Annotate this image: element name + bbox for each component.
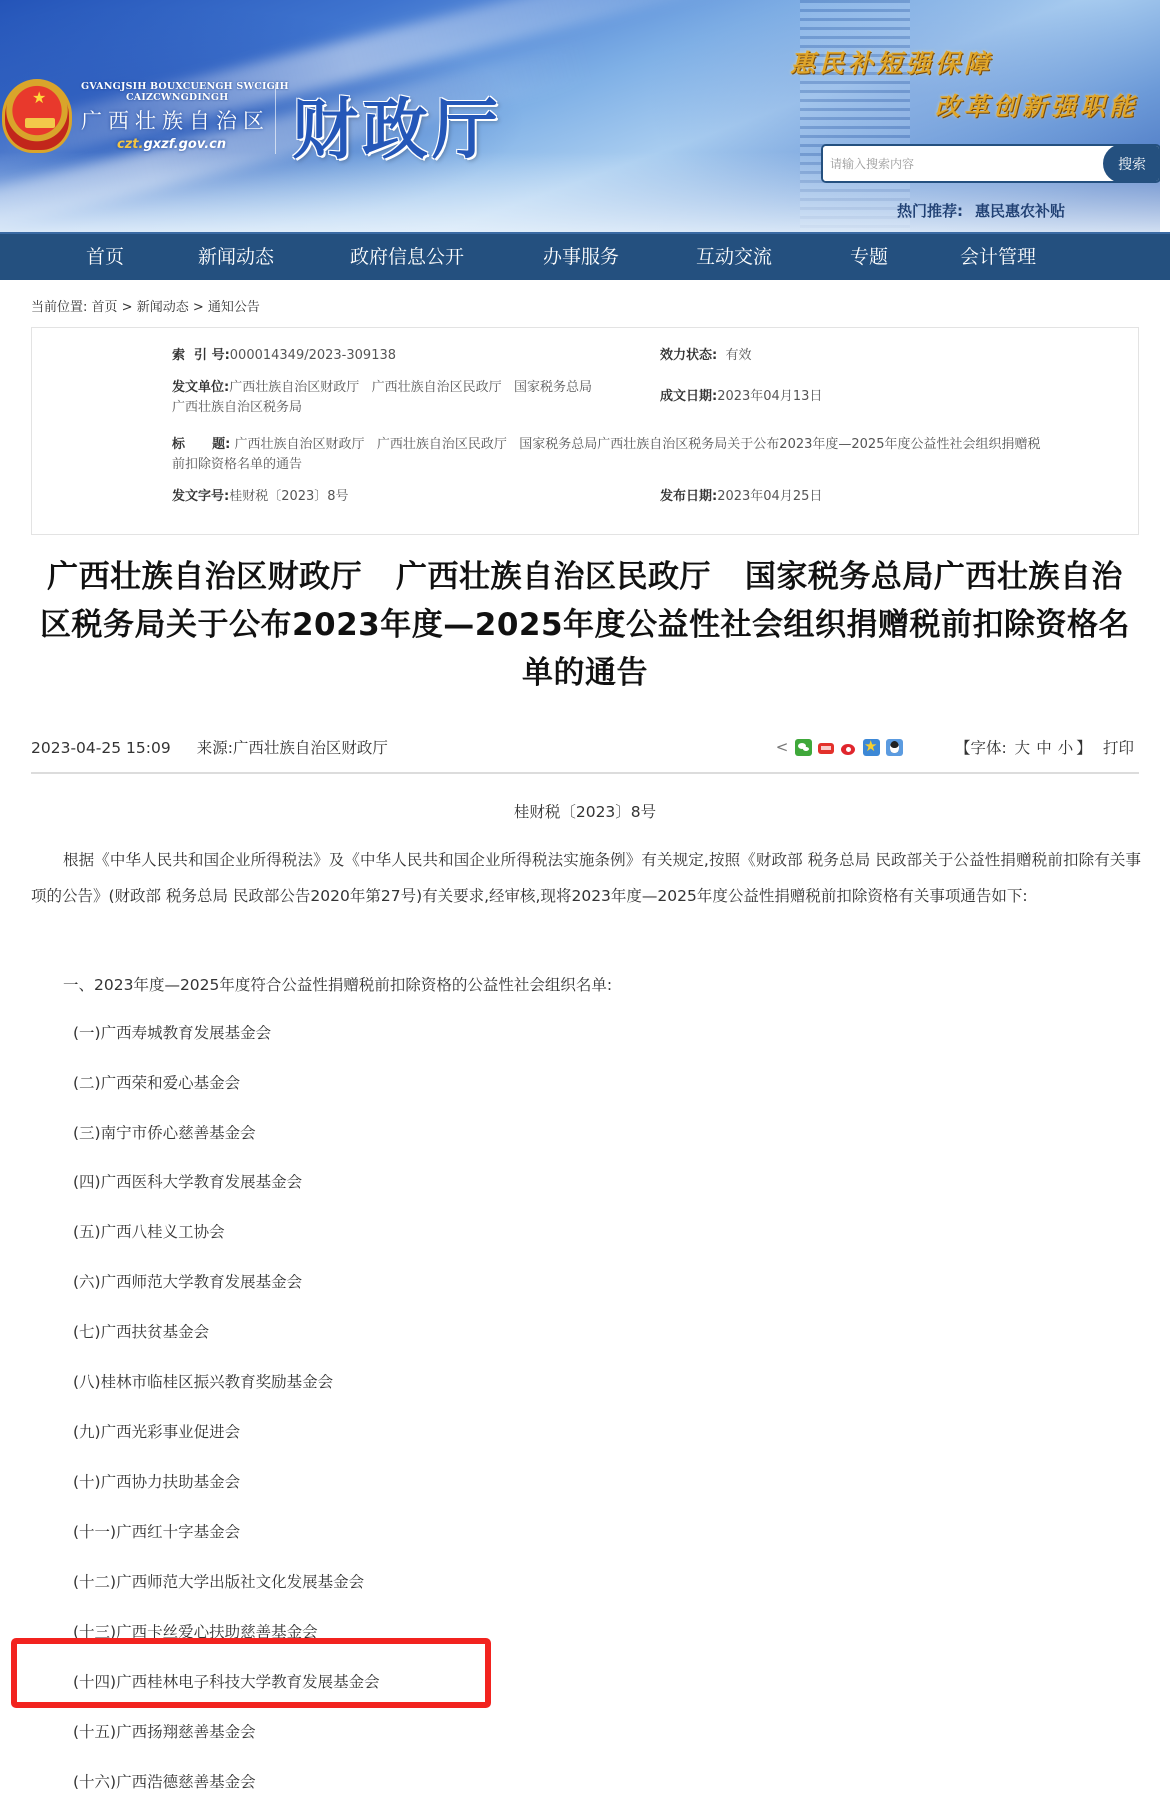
org-list-item: (十五)广西扬翔慈善基金会 — [73, 1720, 256, 1744]
org-list-item: (十)广西协力扶助基金会 — [73, 1470, 240, 1494]
toutiao-icon[interactable] — [818, 743, 834, 754]
font-medium-button[interactable]: 中 — [1036, 739, 1052, 757]
info-divider — [31, 772, 1139, 774]
main-nav: 首页 新闻动态 政府信息公开 办事服务 互动交流 专题 会计管理 — [0, 232, 1170, 280]
document-number: 桂财税〔2023〕8号 — [0, 800, 1170, 822]
meta-status-value: 有效 — [725, 348, 751, 363]
font-label-open: 【字体: — [955, 739, 1007, 757]
org-list-item: (二)广西荣和爱心基金会 — [73, 1071, 240, 1095]
font-large-button[interactable]: 大 — [1015, 739, 1031, 757]
meta-title-value-1: 广西壮族自治区财政厅 广西壮族自治区民政厅 国家税务总局广西壮族自治区税务局关于… — [235, 437, 1041, 452]
org-list-item: (九)广西光彩事业促进会 — [73, 1420, 240, 1444]
meta-index-value: 000014349/2023-309138 — [230, 348, 396, 363]
meta-title: 标 题: 广西壮族自治区财政厅 广西壮族自治区民政厅 国家税务总局广西壮族自治区… — [172, 435, 1122, 475]
section-heading-1: 一、2023年度—2025年度符合公益性捐赠税前扣除资格的公益性社会组织名单: — [63, 967, 612, 1003]
domain-prefix: czt. — [117, 137, 143, 152]
font-size-control: 【字体: 大中小】 — [955, 736, 1092, 758]
article-title-line2: 区税务局关于公布2023年度—2025年度公益性社会组织捐赠税前扣除资格名 — [31, 601, 1139, 649]
search-box: 搜索 — [821, 144, 1160, 183]
document-meta-box: 索 引 号:000014349/2023-309138 效力状态: 有效 发文单… — [31, 327, 1139, 535]
meta-status-label: 效力状态: — [660, 348, 717, 363]
meta-docno: 发文字号:桂财税〔2023〕8号 — [172, 487, 349, 507]
org-list-item: (十二)广西师范大学出版社文化发展基金会 — [73, 1570, 364, 1594]
weibo-icon[interactable] — [840, 739, 857, 756]
org-list-item: (五)广西八桂义工协会 — [73, 1220, 225, 1244]
font-label-close: 】 — [1076, 739, 1092, 757]
meta-status: 效力状态: 有效 — [660, 346, 751, 366]
meta-index: 索 引 号:000014349/2023-309138 — [172, 346, 396, 366]
meta-written-value: 2023年04月13日 — [717, 389, 822, 404]
hot-recommend-link[interactable]: 惠民惠农补贴 — [975, 202, 1065, 220]
meta-publish-date: 发布日期:2023年04月25日 — [660, 487, 822, 507]
header-banner: ★ GVANGJSIH BOUXCUENGH SWCIGIH CAIZCWNGD… — [0, 0, 1160, 232]
site-name-zhuang-line1: GVANGJSIH BOUXCUENGH SWCIGIH — [81, 81, 289, 92]
meta-title-value-2: 前扣除资格名单的通告 — [172, 457, 302, 472]
qq-icon[interactable] — [886, 739, 903, 756]
nav-interaction[interactable]: 互动交流 — [696, 234, 772, 280]
org-list-item: (八)桂林市临桂区振兴教育奖励基金会 — [73, 1370, 333, 1394]
intro-paragraph: 根据《中华人民共和国企业所得税法》及《中华人民共和国企业所得税法实施条例》有关规… — [31, 842, 1141, 914]
meta-index-label: 索 引 号: — [172, 348, 230, 363]
search-button[interactable]: 搜索 — [1103, 144, 1160, 183]
logo-divider — [275, 84, 276, 154]
meta-written-label: 成文日期: — [660, 389, 717, 404]
meta-written-date: 成文日期:2023年04月13日 — [660, 387, 822, 407]
region-name: 广西壮族自治区 — [81, 105, 270, 135]
nav-topics[interactable]: 专题 — [850, 234, 888, 280]
wechat-icon[interactable] — [795, 739, 812, 756]
hot-recommend: 热门推荐:惠民惠农补贴 — [897, 200, 1065, 221]
meta-issuer-label: 发文单位: — [172, 380, 229, 395]
meta-publish-value: 2023年04月25日 — [717, 489, 822, 504]
article-title-line1: 广西壮族自治区财政厅 广西壮族自治区民政厅 国家税务总局广西壮族自治 — [31, 553, 1139, 601]
meta-publish-label: 发布日期: — [660, 489, 717, 504]
breadcrumb-notices[interactable]: 通知公告 — [208, 300, 260, 315]
font-small-button[interactable]: 小 — [1058, 739, 1074, 757]
hot-recommend-label: 热门推荐: — [897, 202, 963, 220]
share-icon[interactable]: < — [775, 739, 789, 756]
site-name-zhuang-line2: CAIZCWNGDINGH — [126, 92, 228, 103]
meta-issuer-value-1: 广西壮族自治区财政厅 广西壮族自治区民政厅 国家税务总局 — [229, 380, 592, 395]
tiananmen-gate-icon — [25, 118, 55, 128]
article-title: 广西壮族自治区财政厅 广西壮族自治区民政厅 国家税务总局广西壮族自治 区税务局关… — [31, 553, 1139, 697]
search-input[interactable] — [823, 146, 1107, 181]
article-title-line3: 单的通告 — [31, 649, 1139, 697]
org-list-item: (十一)广西红十字基金会 — [73, 1520, 240, 1544]
qzone-icon[interactable] — [863, 739, 880, 756]
meta-docno-label: 发文字号: — [172, 489, 229, 504]
star-icon: ★ — [32, 90, 46, 106]
breadcrumb-home[interactable]: 首页 — [92, 300, 118, 315]
slogan-line2: 改革创新强职能 — [935, 87, 1138, 123]
nav-news[interactable]: 新闻动态 — [198, 234, 274, 280]
breadcrumb: 当前位置: 首页 > 新闻动态 > 通知公告 — [31, 296, 260, 315]
publish-datetime: 2023-04-25 15:09 — [31, 739, 171, 757]
article-source: 来源:广西壮族自治区财政厅 — [197, 739, 388, 757]
meta-issuer: 发文单位:广西壮族自治区财政厅 广西壮族自治区民政厅 国家税务总局 广西壮族自治… — [172, 378, 592, 418]
department-title[interactable]: 财政厅 — [292, 76, 502, 171]
org-list-item: (七)广西扶贫基金会 — [73, 1320, 209, 1344]
breadcrumb-prefix: 当前位置: — [31, 300, 87, 315]
org-list-item: (一)广西寿城教育发展基金会 — [73, 1021, 271, 1045]
nav-home[interactable]: 首页 — [86, 234, 124, 280]
org-list-item: (四)广西医科大学教育发展基金会 — [73, 1170, 302, 1194]
org-list-item-highlighted: (十四)广西桂林电子科技大学教育发展基金会 — [73, 1670, 380, 1694]
nav-accounting[interactable]: 会计管理 — [960, 234, 1036, 280]
org-list-item: (六)广西师范大学教育发展基金会 — [73, 1270, 302, 1294]
org-list-item: (三)南宁市侨心慈善基金会 — [73, 1121, 256, 1145]
nav-services[interactable]: 办事服务 — [543, 234, 619, 280]
share-bar: < — [775, 738, 903, 756]
article-info: 2023-04-25 15:09来源:广西壮族自治区财政厅 — [31, 736, 388, 758]
meta-docno-value: 桂财税〔2023〕8号 — [229, 489, 348, 504]
domain-rest: gxzf.gov.cn — [143, 137, 226, 152]
breadcrumb-separator: > — [118, 300, 137, 315]
site-domain: czt.gxzf.gov.cn — [117, 137, 226, 152]
print-button[interactable]: 打印 — [1103, 736, 1134, 758]
meta-issuer-value-2: 广西壮族自治区税务局 — [172, 400, 302, 415]
meta-title-label: 标 题: — [172, 437, 230, 452]
national-emblem-icon[interactable]: ★ — [2, 79, 72, 153]
org-list-item: (十三)广西卡丝爱心扶助慈善基金会 — [73, 1620, 318, 1644]
org-list-item: (十六)广西浩德慈善基金会 — [73, 1770, 256, 1794]
slogan-line1: 惠民补短强保障 — [790, 44, 993, 80]
nav-gov-info[interactable]: 政府信息公开 — [350, 234, 464, 280]
breadcrumb-news[interactable]: 新闻动态 — [137, 300, 189, 315]
breadcrumb-separator: > — [189, 300, 208, 315]
